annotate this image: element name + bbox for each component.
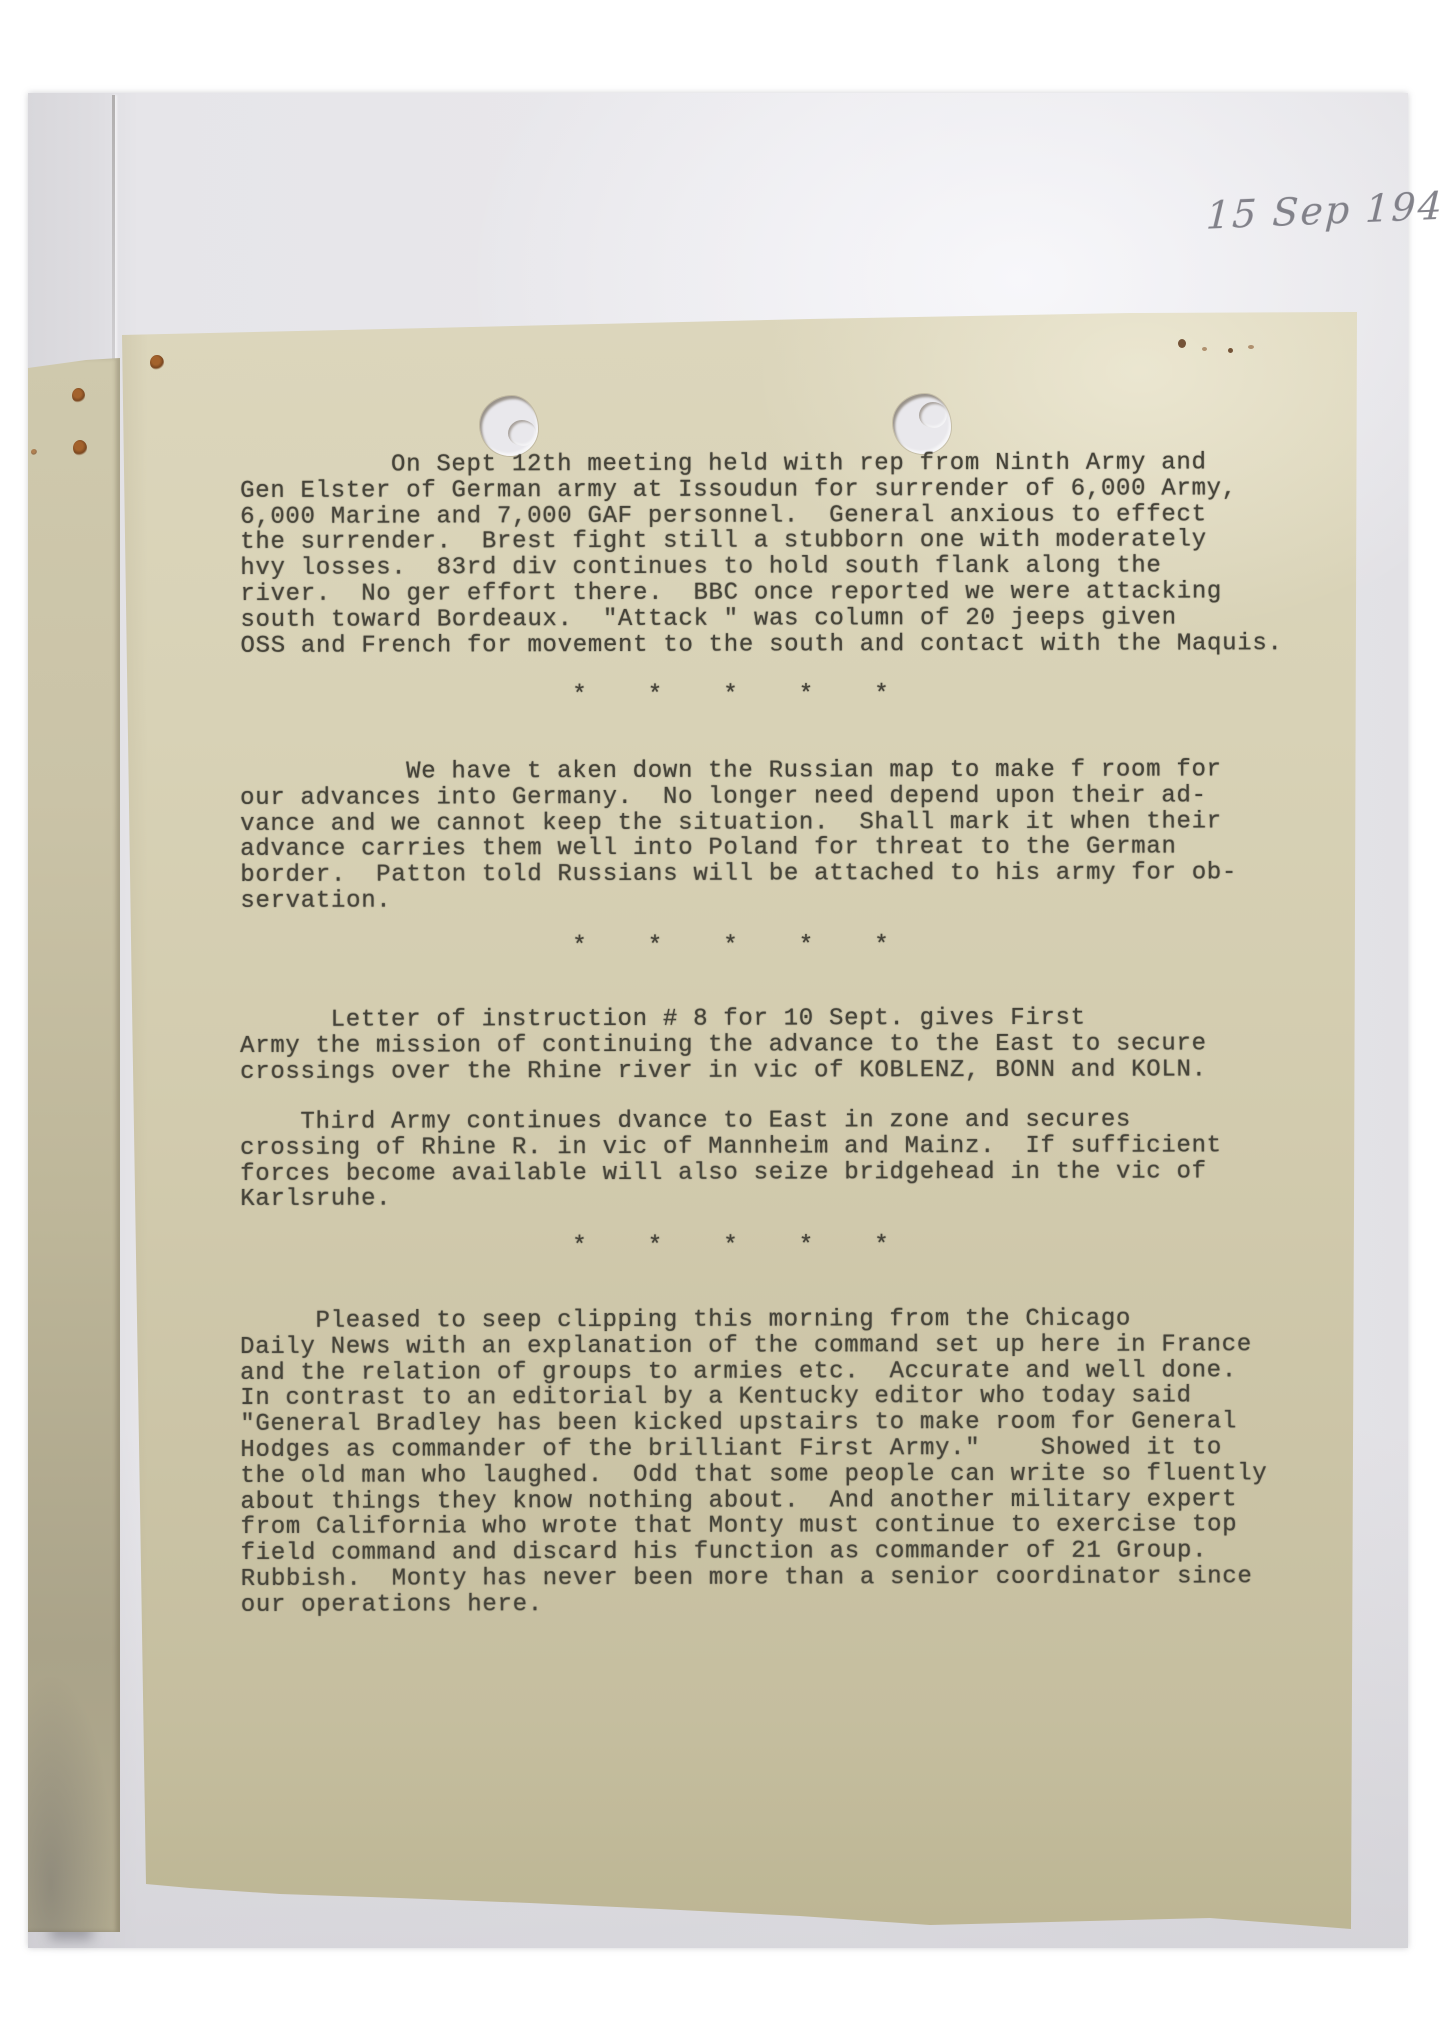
ink-speck	[1202, 347, 1207, 351]
scanned-diary-photo: 15 Sep 1944 On Sept 12th meeting held wi…	[0, 0, 1440, 2038]
asterisk-separator: * * * * *	[240, 1233, 889, 1260]
handwritten-date: 15 Sep 1944	[1205, 184, 1437, 238]
rust-spot	[73, 440, 87, 456]
typed-paragraph-3: Letter of instruction # 8 for 10 Sept. g…	[240, 1005, 1207, 1085]
diary-page: On Sept 12th meeting held with rep from …	[110, 305, 1365, 1945]
typed-paragraph-5: Pleased to seep clipping this morning fr…	[240, 1306, 1268, 1618]
ink-speck	[1228, 348, 1233, 353]
typed-paragraph-1: On Sept 12th meeting held with rep from …	[240, 450, 1283, 659]
left-page-fragment	[28, 358, 120, 1932]
typed-paragraph-2: We have t aken down the Russian map to m…	[240, 757, 1237, 914]
ink-speck	[1248, 345, 1254, 349]
punch-hole-lobe	[508, 420, 536, 446]
punch-hole-right	[893, 394, 951, 454]
backing-page-crease	[112, 95, 115, 363]
asterisk-separator: * * * * *	[240, 933, 889, 960]
rust-spot	[72, 388, 85, 403]
rust-spot	[31, 449, 37, 455]
punch-hole-left	[480, 396, 538, 456]
asterisk-separator: * * * * *	[240, 682, 889, 709]
ink-speck	[1178, 339, 1186, 348]
punch-hole-lobe	[919, 402, 947, 428]
rust-spot	[150, 355, 164, 370]
typed-paragraph-4: Third Army continues dvance to East in z…	[240, 1107, 1222, 1213]
